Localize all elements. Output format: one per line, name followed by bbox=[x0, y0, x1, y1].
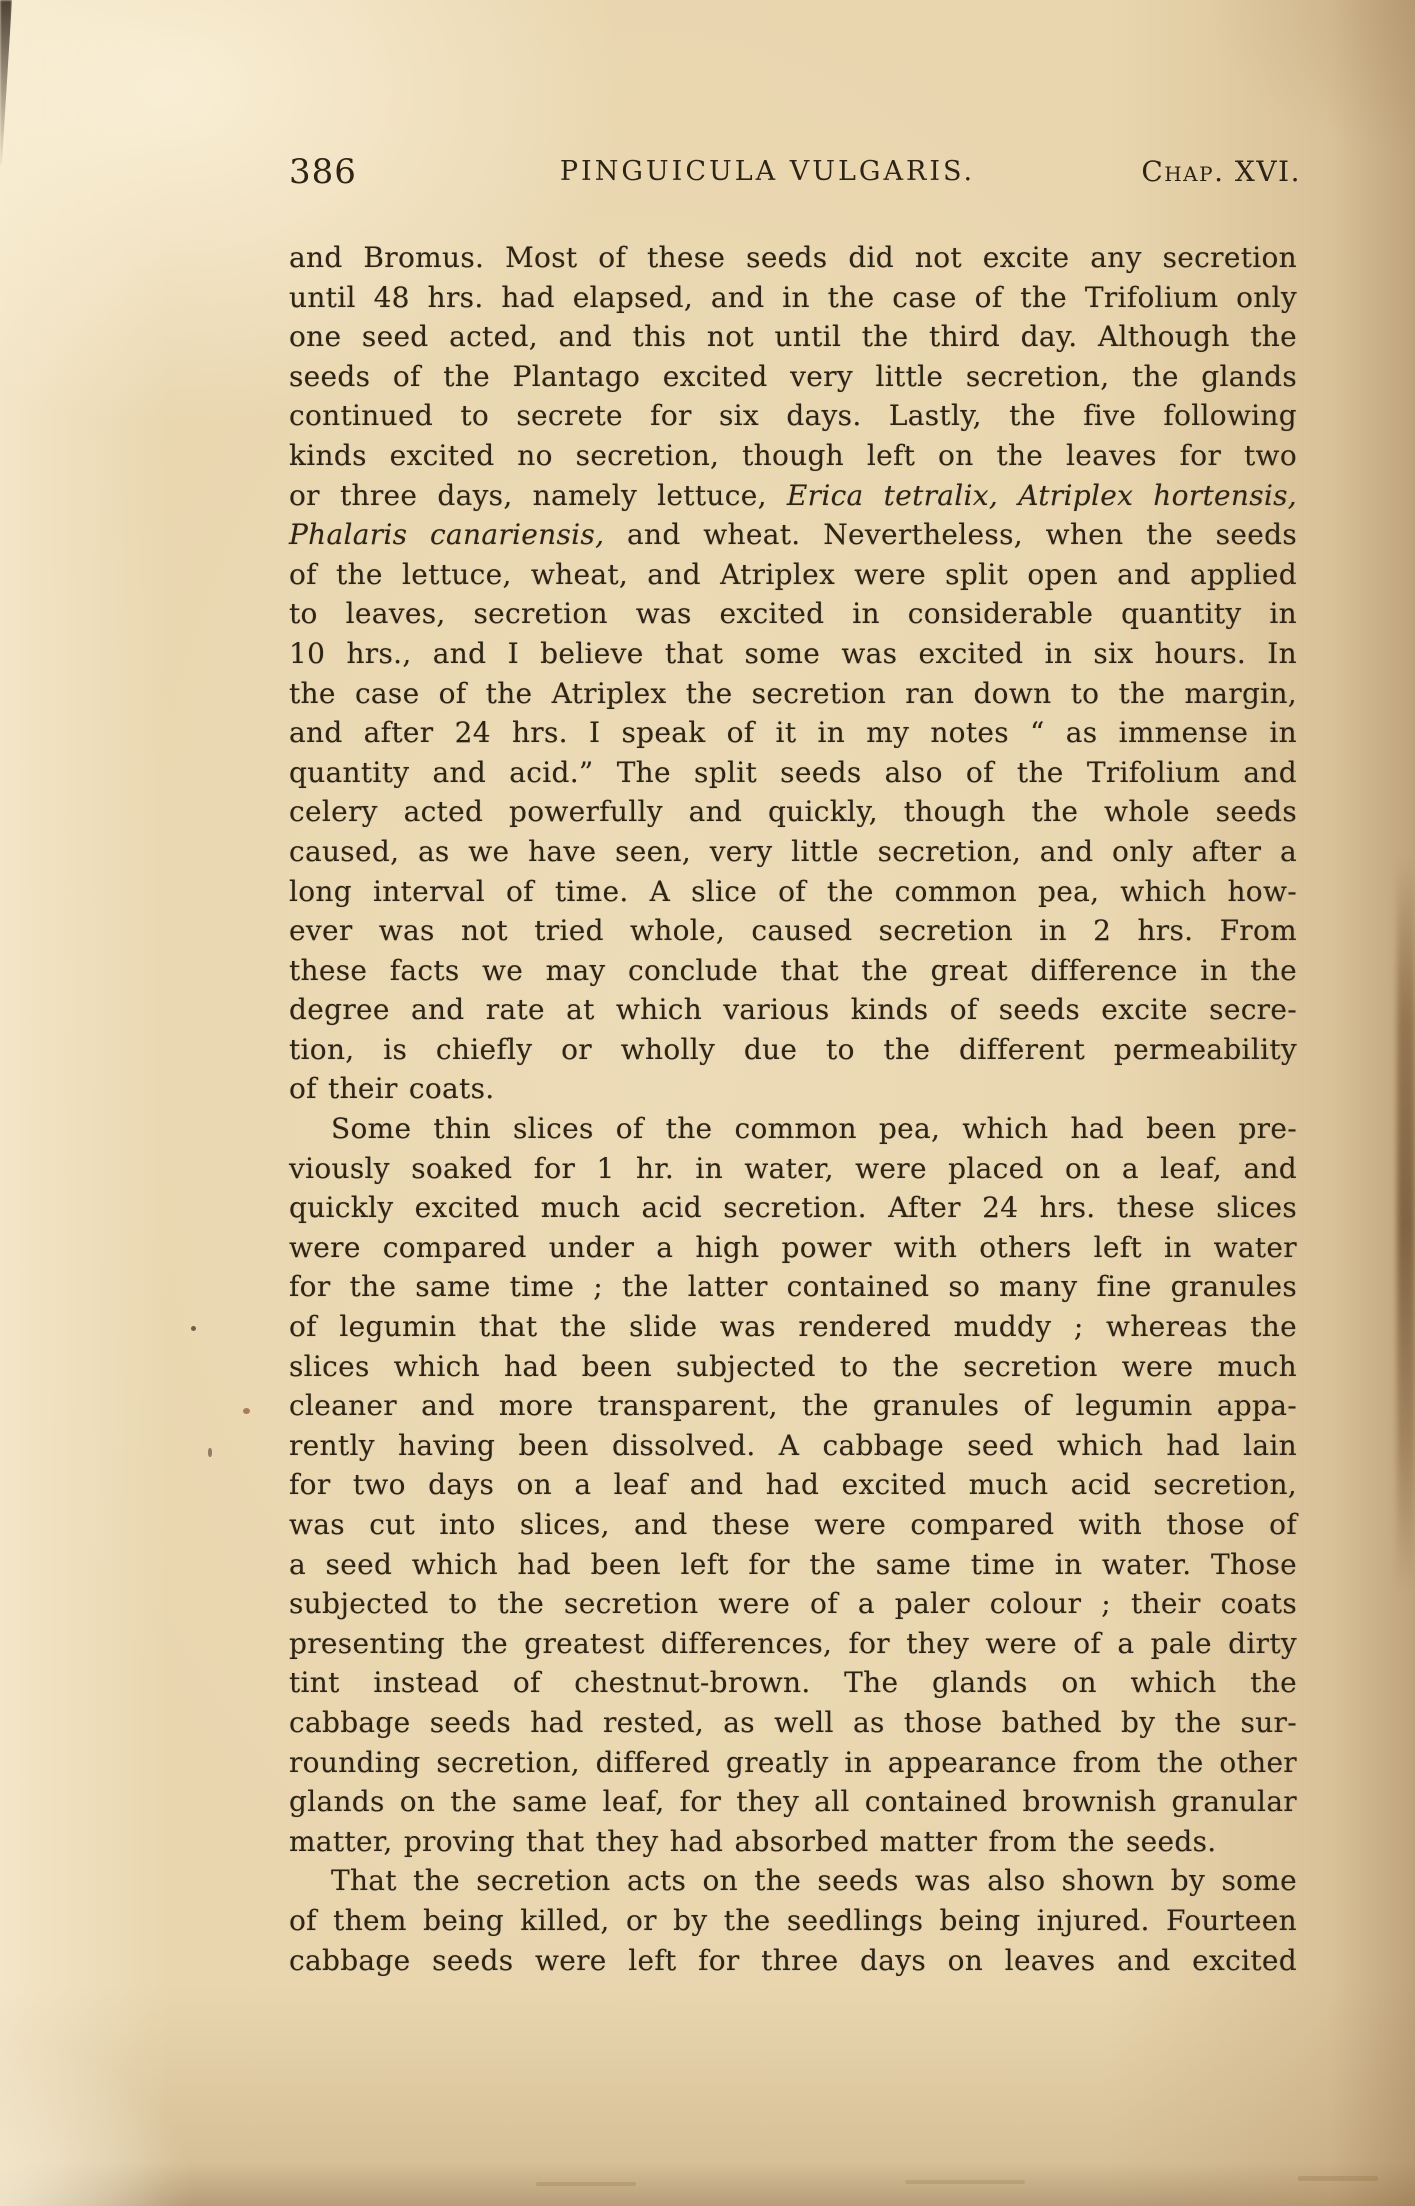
text-run: slices which had been subjected to the s… bbox=[289, 1350, 1297, 1383]
text-line: celery acted powerfully and quickly, tho… bbox=[289, 792, 1297, 832]
text-line: subjected to the secretion were of a pal… bbox=[289, 1584, 1297, 1624]
text-run: quantity and acid.” The split seeds also… bbox=[289, 756, 1297, 789]
text-run: rently having been dissolved. A cabbage … bbox=[289, 1429, 1297, 1462]
text-run: ever was not tried whole, caused secreti… bbox=[289, 914, 1297, 947]
text-run: Some thin slices of the common pea, whic… bbox=[331, 1112, 1297, 1145]
text-line: presenting the greatest differences, for… bbox=[289, 1624, 1297, 1664]
text-run: or three days, namely lettuce, bbox=[289, 479, 787, 512]
page-corner-shadow bbox=[0, 0, 12, 165]
species-name-italic: Erica tetralix, bbox=[787, 479, 1018, 512]
page-edge-shadow bbox=[1397, 860, 1415, 1590]
text-line: viously soaked for 1 hr. in water, were … bbox=[289, 1149, 1297, 1189]
text-line: tion, is chiefly or wholly due to the di… bbox=[289, 1030, 1297, 1070]
text-line: seeds of the Plantago excited very littl… bbox=[289, 357, 1297, 397]
paper-speck bbox=[208, 1448, 212, 1457]
text-run: celery acted powerfully and quickly, tho… bbox=[289, 795, 1297, 828]
text-line: matter, proving that they had absorbed m… bbox=[289, 1822, 1297, 1862]
text-run: rounding secretion, differed greatly in … bbox=[289, 1746, 1297, 1779]
text-run: of the lettuce, wheat, and Atriplex were… bbox=[289, 558, 1297, 591]
text-line: rounding secretion, differed greatly in … bbox=[289, 1743, 1297, 1783]
text-line: of their coats. bbox=[289, 1069, 1297, 1109]
text-line: were compared under a high power with ot… bbox=[289, 1228, 1297, 1268]
text-line: to leaves, secretion was excited in cons… bbox=[289, 594, 1297, 634]
text-line: was cut into slices, and these were comp… bbox=[289, 1505, 1297, 1545]
text-run: to leaves, secretion was excited in cons… bbox=[289, 597, 1297, 630]
page-header: 386 PINGUICULA VULGARIS. Chap. XVI. bbox=[289, 150, 1301, 194]
text-line: until 48 hrs. had elapsed, and in the ca… bbox=[289, 278, 1297, 318]
text-run: cleaner and more transparent, the granul… bbox=[289, 1389, 1297, 1422]
text-run: glands on the same leaf, for they all co… bbox=[289, 1785, 1297, 1818]
paper-speck bbox=[536, 2182, 636, 2186]
text-run: tint instead of chestnut-brown. The glan… bbox=[289, 1666, 1297, 1699]
text-line: of them being killed, or by the seedling… bbox=[289, 1901, 1297, 1941]
text-line: cabbage seeds were left for three days o… bbox=[289, 1941, 1297, 1981]
species-name-italic: Phalaris canariensis, bbox=[289, 518, 627, 551]
text-line: long interval of time. A slice of the co… bbox=[289, 872, 1297, 912]
text-line: degree and rate at which various kinds o… bbox=[289, 990, 1297, 1030]
text-run: matter, proving that they had absorbed m… bbox=[289, 1825, 1216, 1858]
paper-speck bbox=[191, 1326, 196, 1331]
text-line: a seed which had been left for the same … bbox=[289, 1545, 1297, 1585]
text-run: one seed acted, and this not until the t… bbox=[289, 320, 1297, 353]
text-run: seeds of the Plantago excited very littl… bbox=[289, 360, 1297, 393]
text-line: of the lettuce, wheat, and Atriplex were… bbox=[289, 555, 1297, 595]
text-run: quickly excited much acid secretion. Aft… bbox=[289, 1191, 1297, 1224]
text-line: and Bromus. Most of these seeds did not … bbox=[289, 238, 1297, 278]
text-line: Phalaris canariensis, and wheat. Neverth… bbox=[289, 515, 1297, 555]
text-run: was cut into slices, and these were comp… bbox=[289, 1508, 1297, 1541]
chapter-label: Chap. XVI. bbox=[1141, 155, 1301, 188]
text-run: the case of the Atriplex the secretion r… bbox=[289, 677, 1297, 710]
paper-speck bbox=[905, 2180, 1025, 2184]
text-line: quickly excited much acid secretion. Aft… bbox=[289, 1188, 1297, 1228]
text-line: and after 24 hrs. I speak of it in my no… bbox=[289, 713, 1297, 753]
text-line: quantity and acid.” The split seeds also… bbox=[289, 753, 1297, 793]
text-run: and Bromus. Most of these seeds did not … bbox=[289, 241, 1297, 274]
text-run: viously soaked for 1 hr. in water, were … bbox=[289, 1152, 1297, 1185]
text-run: for two days on a leaf and had excited m… bbox=[289, 1468, 1297, 1501]
text-line: ever was not tried whole, caused secreti… bbox=[289, 911, 1297, 951]
text-run: of them being killed, or by the seedling… bbox=[289, 1904, 1297, 1937]
text-line: or three days, namely lettuce, Erica tet… bbox=[289, 476, 1297, 516]
text-run: of legumin that the slide was rendered m… bbox=[289, 1310, 1297, 1343]
text-line: for the same time ; the latter contained… bbox=[289, 1267, 1297, 1307]
text-line: these facts we may conclude that the gre… bbox=[289, 951, 1297, 991]
text-run: That the secretion acts on the seeds was… bbox=[331, 1864, 1297, 1897]
text-line: continued to secrete for six days. Lastl… bbox=[289, 396, 1297, 436]
text-line: the case of the Atriplex the secretion r… bbox=[289, 674, 1297, 714]
text-run: long interval of time. A slice of the co… bbox=[289, 875, 1297, 908]
species-name-italic: Atriplex hortensis, bbox=[1018, 479, 1297, 512]
page-text: and Bromus. Most of these seeds did not … bbox=[289, 238, 1297, 1980]
text-run: these facts we may conclude that the gre… bbox=[289, 954, 1297, 987]
text-line: cleaner and more transparent, the granul… bbox=[289, 1386, 1297, 1426]
text-line: That the secretion acts on the seeds was… bbox=[289, 1861, 1297, 1901]
text-run: kinds excited no secretion, though left … bbox=[289, 439, 1297, 472]
text-line: slices which had been subjected to the s… bbox=[289, 1347, 1297, 1387]
text-run: of their coats. bbox=[289, 1072, 494, 1105]
text-line: one seed acted, and this not until the t… bbox=[289, 317, 1297, 357]
text-run: presenting the greatest differences, for… bbox=[289, 1627, 1297, 1660]
text-run: caused, as we have seen, very little sec… bbox=[289, 835, 1297, 868]
text-run: were compared under a high power with ot… bbox=[289, 1231, 1297, 1264]
text-run: cabbage seeds had rested, as well as tho… bbox=[289, 1706, 1297, 1739]
book-page-scan: 386 PINGUICULA VULGARIS. Chap. XVI. and … bbox=[0, 0, 1415, 2206]
text-line: rently having been dissolved. A cabbage … bbox=[289, 1426, 1297, 1466]
text-line: kinds excited no secretion, though left … bbox=[289, 436, 1297, 476]
text-line: cabbage seeds had rested, as well as tho… bbox=[289, 1703, 1297, 1743]
running-title: PINGUICULA VULGARIS. bbox=[289, 156, 1246, 187]
text-run: subjected to the secretion were of a pal… bbox=[289, 1587, 1297, 1620]
text-line: tint instead of chestnut-brown. The glan… bbox=[289, 1663, 1297, 1703]
text-line: 10 hrs., and I believe that some was exc… bbox=[289, 634, 1297, 674]
text-line: caused, as we have seen, very little sec… bbox=[289, 832, 1297, 872]
text-line: Some thin slices of the common pea, whic… bbox=[289, 1109, 1297, 1149]
text-run: a seed which had been left for the same … bbox=[289, 1548, 1297, 1581]
text-line: glands on the same leaf, for they all co… bbox=[289, 1782, 1297, 1822]
text-run: continued to secrete for six days. Lastl… bbox=[289, 399, 1297, 432]
text-run: until 48 hrs. had elapsed, and in the ca… bbox=[289, 281, 1297, 314]
text-run: and wheat. Nevertheless, when the seeds bbox=[627, 518, 1297, 551]
text-run: degree and rate at which various kinds o… bbox=[289, 993, 1297, 1026]
text-line: of legumin that the slide was rendered m… bbox=[289, 1307, 1297, 1347]
paper-speck bbox=[243, 1408, 250, 1414]
text-run: for the same time ; the latter contained… bbox=[289, 1270, 1297, 1303]
text-run: 10 hrs., and I believe that some was exc… bbox=[289, 637, 1297, 670]
text-run: tion, is chiefly or wholly due to the di… bbox=[289, 1033, 1297, 1066]
paper-speck bbox=[1298, 2176, 1378, 2181]
text-line: for two days on a leaf and had excited m… bbox=[289, 1465, 1297, 1505]
text-run: and after 24 hrs. I speak of it in my no… bbox=[289, 716, 1297, 749]
text-run: cabbage seeds were left for three days o… bbox=[289, 1944, 1297, 1977]
